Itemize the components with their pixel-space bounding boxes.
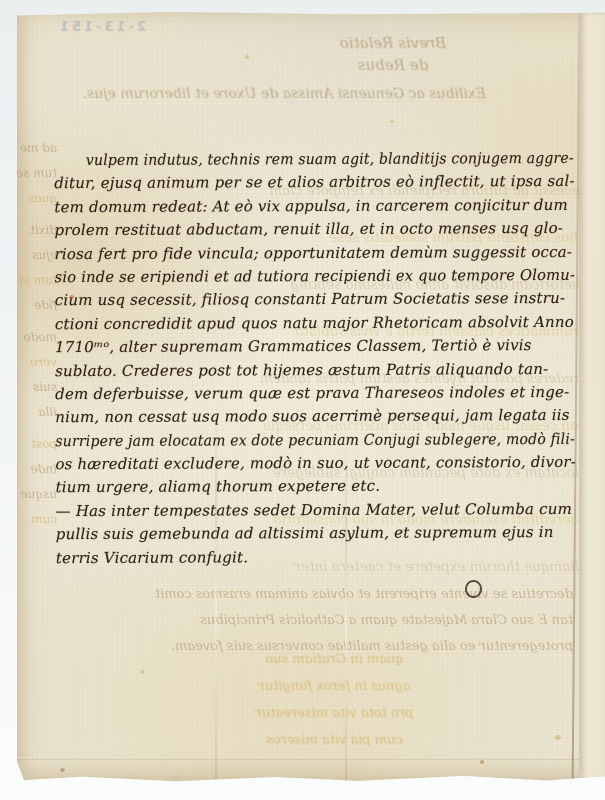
letter-line: 1710ᵐᵒ, alter supremam Grammatices Class…: [55, 334, 575, 360]
letter-line: sio inde se eripiendi et ad tutiora reci…: [55, 264, 564, 290]
foxing-spot: [245, 55, 249, 59]
vertical-crease: [215, 392, 217, 782]
bleedthrough-line: agnus in ferox fungitur: [227, 673, 442, 700]
letter-line: riosa fert pro fide vincula; opportunita…: [54, 240, 574, 266]
letter-line: surripere jam elocatam ex dote pecuniam …: [55, 428, 541, 454]
letter-line: terris Vicarium confugit.: [56, 545, 576, 571]
letter-line: — Has inter tempestates sedet Domina Mat…: [56, 498, 576, 524]
bleedthrough-header: Brevis Relatio de Rebus: [303, 32, 483, 76]
bleedthrough-bottom-center: quam in Gratiam suoagnus in ferox fungit…: [227, 646, 442, 754]
bleedthrough-line: pro tota vita misereatur: [227, 700, 442, 727]
letter-line: cium usq secessit, filiosq constanti Pat…: [55, 287, 575, 313]
bleedthrough-line: quam in Gratiam suo: [227, 646, 442, 673]
letter-body: vulpem indutus, technis rem suam agit, b…: [54, 147, 576, 570]
letter-line: prolem restituat abductam, renuit illa, …: [54, 217, 574, 243]
letter-line: nium, non cessat usq modo suos acerrimè …: [55, 404, 575, 430]
bleedthrough-fragment: ad me: [17, 141, 57, 155]
letter-line: sublato. Crederes post tot hijemes æstum…: [55, 357, 575, 383]
letter-line: os hæreditati excludere, modò in suo, ut…: [55, 451, 572, 477]
foxing-spot: [140, 670, 145, 674]
letter-line: ditur, ejusq animum per se et alios arbi…: [54, 170, 573, 196]
letter-line: dem deferbuisse, verum quæ est prava Tha…: [55, 381, 575, 407]
foxing-spot: [555, 735, 561, 740]
foxing-spot: [390, 120, 394, 123]
ink-blot: [465, 580, 482, 598]
letter-line: ctioni concredidit apud quos natu major …: [55, 311, 575, 337]
horizontal-crease: [17, 757, 605, 760]
foxing-spot: [480, 760, 484, 764]
letter-page: 2-13-151 Brevis Relatio de Rebus Exilibu…: [17, 12, 605, 782]
bleedthrough-header-line: Brevis Relatio: [303, 32, 483, 54]
letter-line: tium urgere, aliamq thorum expetere etc.: [56, 474, 576, 500]
letter-line: vulpem indutus, technis rem suam agit, b…: [54, 147, 540, 173]
letter-line: tem domum redeat: At eò vix appulsa, in …: [54, 194, 574, 220]
bleedthrough-line: tan E suo Clara Majestate quam a Catholi…: [59, 608, 573, 634]
bleedthrough-header-line: de Rebus: [303, 54, 483, 76]
vertical-crease: [345, 432, 347, 782]
bleedthrough-line: decretius se vivente eriperent et obvias…: [45, 582, 573, 608]
bleedthrough-line: cum pia vita miseros: [227, 727, 442, 754]
archive-stamp: 2-13-151: [57, 20, 146, 35]
foxing-spot: [60, 768, 65, 772]
paper-sliver-edge: [579, 12, 605, 782]
bleedthrough-docket-line: Exilibus ac Genuensi Amissa de Uxore et …: [50, 86, 486, 102]
letter-line: pullis suis gemebunda ad altissimi asylu…: [56, 521, 576, 547]
